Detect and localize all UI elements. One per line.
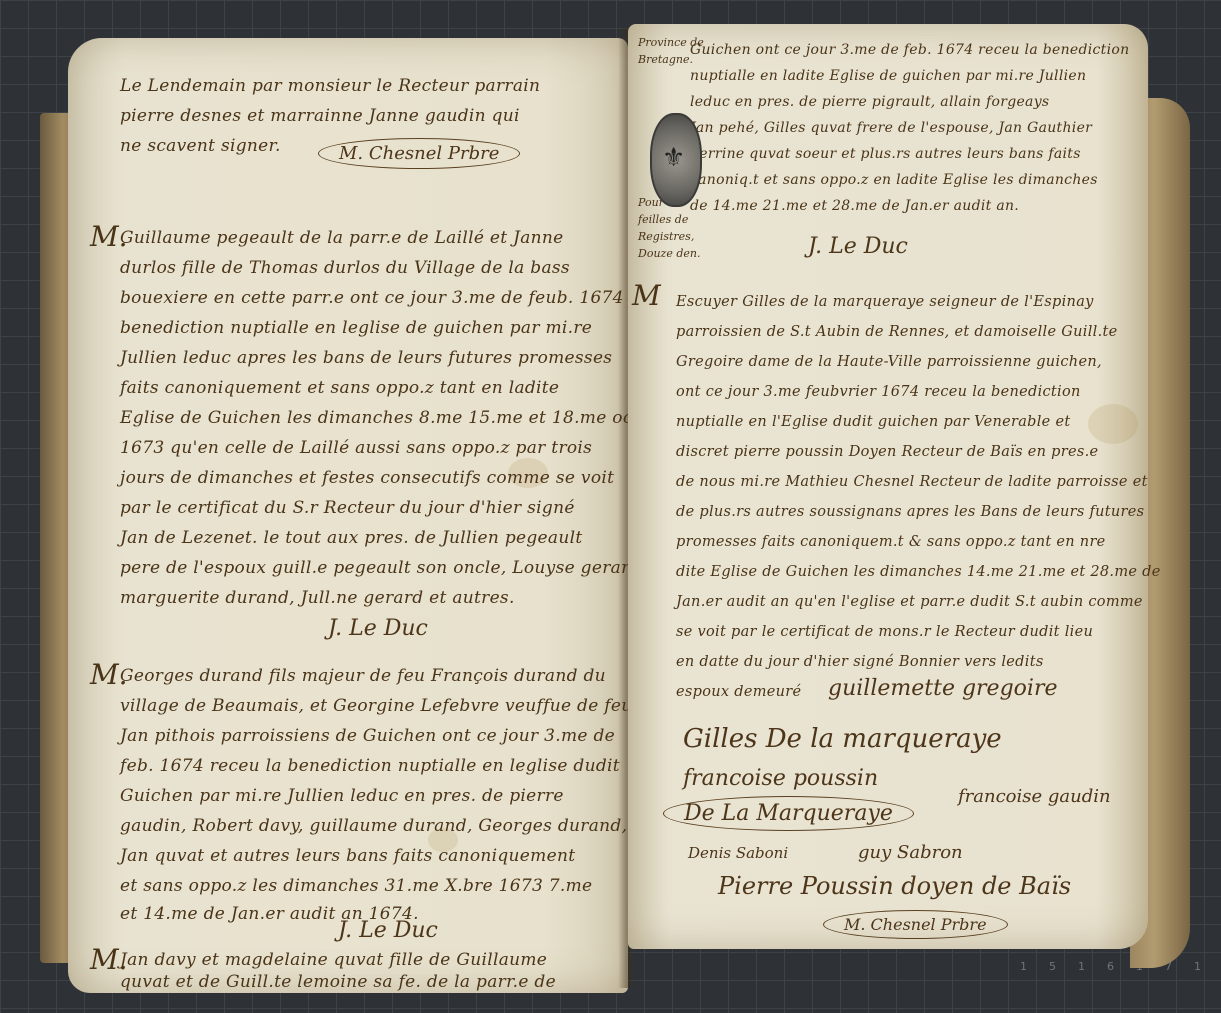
signature-le-duc: J. Le Duc <box>338 918 438 943</box>
text-line: 1673 qu'en celle de Laillé aussi sans op… <box>120 438 592 458</box>
signature-gilles-de-la-marqueraye: Gilles De la marqueraye <box>683 724 1002 754</box>
text-line: Jullien leduc apres les bans de leurs fu… <box>120 348 612 368</box>
text-line: de plus.rs autres soussignans apres les … <box>676 504 1144 520</box>
signature-chesnel: M. Chesnel Prbre <box>318 138 520 169</box>
signature-guy-sabron: guy Sabron <box>858 842 963 863</box>
text-line: de nous mi.re Mathieu Chesnel Recteur de… <box>676 474 1148 490</box>
text-line: pere de l'espoux guill.e pegeault son on… <box>120 558 641 578</box>
text-line: ne scavent signer. <box>120 136 281 156</box>
text-line: Jan quvat et autres leurs bans faits can… <box>120 846 575 866</box>
text-line: espoux demeuré <box>676 684 801 700</box>
text-line: marguerite durand, Jull.ne gerard et aut… <box>120 588 515 608</box>
text-line: pierre desnes et marrainne Janne gaudin … <box>120 106 520 126</box>
text-line: Eglise de Guichen les dimanches 8.me 15.… <box>120 408 650 428</box>
text-line: durlos fille de Thomas durlos du Village… <box>120 258 570 278</box>
text-line: Gregoire dame de la Haute-Ville parroiss… <box>676 354 1102 370</box>
signature-francoise-gaudin: francoise gaudin <box>958 786 1111 807</box>
signature-de-la-marqueraye: De La Marqueraye <box>663 796 914 831</box>
text-line: Guichen par mi.re Jullien leduc en pres.… <box>120 786 564 806</box>
signature-guillemette-gregoire: guillemette gregoire <box>828 676 1057 701</box>
signature-chesnel: M. Chesnel Prbre <box>823 910 1008 939</box>
text-line: leduc en pres. de pierre pigrault, allai… <box>690 94 1049 110</box>
signature-pierre-poussin: Pierre Poussin doyen de Baïs <box>718 872 1071 900</box>
text-line: Le Lendemain par monsieur le Recteur par… <box>120 76 540 96</box>
entry-marker: M <box>632 279 661 312</box>
margin-note-line: Registres, <box>638 228 700 245</box>
text-line: Guillaume pegeault de la parr.e de Laill… <box>120 228 564 248</box>
text-line: et sans oppo.z les dimanches 31.me X.bre… <box>120 876 592 896</box>
text-line: village de Beaumais, et Georgine Lefebvr… <box>120 696 632 716</box>
text-line: dite Eglise de Guichen les dimanches 14.… <box>676 564 1161 580</box>
text-line: Jan pithois parroissiens de Guichen ont … <box>120 726 615 746</box>
text-line: de 14.me 21.me et 28.me de Jan.er audit … <box>690 198 1019 214</box>
text-line: Georges durand fils majeur de feu Franço… <box>120 666 606 686</box>
signature-denis-saboni: Denis Saboni <box>688 844 788 862</box>
text-line: gaudin, Robert davy, guillaume durand, G… <box>120 816 627 836</box>
text-line: se voit par le certificat de mons.r le R… <box>676 624 1093 640</box>
text-line: discret pierre poussin Doyen Recteur de … <box>676 444 1098 460</box>
right-page: 6 Province de Bretagne. Pour les feilles… <box>628 24 1148 949</box>
text-line: parroissien de S.t Aubin de Rennes, et d… <box>676 324 1118 340</box>
text-line: quvat et de Guill.te lemoine sa fe. de l… <box>120 972 556 992</box>
text-line: Jan de Lezenet. le tout aux pres. de Jul… <box>120 528 582 548</box>
foxing-stain <box>1088 404 1138 444</box>
text-line: Guichen ont ce jour 3.me de feb. 1674 re… <box>690 42 1129 58</box>
left-page: Le Lendemain par monsieur le Recteur par… <box>68 38 628 993</box>
fleur-de-lis-stamp-icon <box>650 113 702 207</box>
text-line: jours de dimanches et festes consecutifs… <box>120 468 614 488</box>
text-line: Jan pehé, Gilles quvat frere de l'espous… <box>690 120 1092 136</box>
text-line: feb. 1674 receu la benediction nuptialle… <box>120 756 620 776</box>
text-line: perrine quvat soeur et plus.rs autres le… <box>690 146 1081 162</box>
text-line: bouexiere en cette parr.e ont ce jour 3.… <box>120 288 702 308</box>
margin-note-line: Douze den. <box>638 245 700 262</box>
text-line: benediction nuptialle en leglise de guic… <box>120 318 592 338</box>
text-line: nuptialle en ladite Eglise de guichen pa… <box>690 68 1086 84</box>
text-line: en datte du jour d'hier signé Bonnier ve… <box>676 654 1044 670</box>
signature-le-duc: J. Le Duc <box>328 616 428 641</box>
text-line: Jan.er audit an qu'en l'eglise et parr.e… <box>676 594 1143 610</box>
signature-francoise-poussin: francoise poussin <box>683 766 878 791</box>
open-register-book: Le Lendemain par monsieur le Recteur par… <box>40 18 1190 1003</box>
ruler-tick: 18 <box>1194 960 1221 973</box>
text-line: promesses faits canoniquem.t & sans oppo… <box>676 534 1106 550</box>
signature-le-duc: J. Le Duc <box>808 234 908 259</box>
text-line: canoniq.t et sans oppo.z en ladite Eglis… <box>690 172 1098 188</box>
text-line: Escuyer Gilles de la marqueraye seigneur… <box>676 294 1094 310</box>
text-line: Jan davy et magdelaine quvat fille de Gu… <box>120 950 547 970</box>
text-line: nuptialle en l'Eglise dudit guichen par … <box>676 414 1070 430</box>
text-line: ont ce jour 3.me feubvrier 1674 receu la… <box>676 384 1081 400</box>
text-line: par le certificat du S.r Recteur du jour… <box>120 498 575 518</box>
text-line: faits canoniquement et sans oppo.z tant … <box>120 378 559 398</box>
